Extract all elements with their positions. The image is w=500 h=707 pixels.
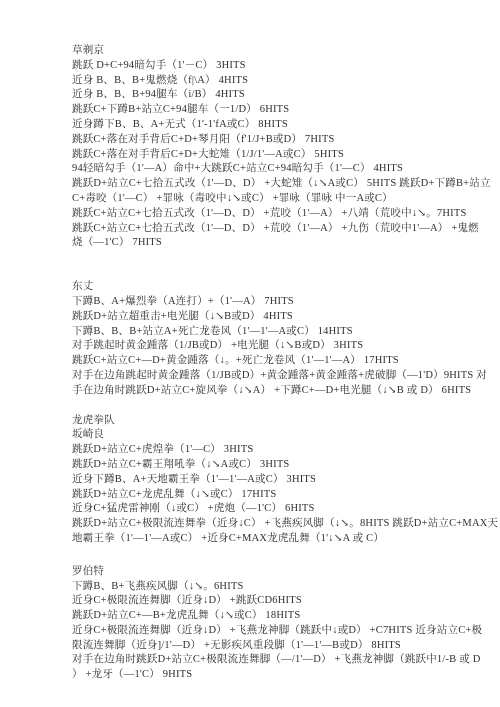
combo-line: C+毒咬（1'—C） +罪咏（毒咬中↓↘或C） +罪咏（罪咏 中一A或C）	[72, 192, 448, 207]
combo-line: 下蹲B、A+爆烈拳（A连打）+（1'—A） 7HITS	[72, 295, 448, 310]
combo-line: 跳跃C+落在对手背后C+D+大蛇雉（1/J/1'—A或C） 5HITS	[72, 148, 448, 163]
combo-line: ） +龙牙（—1'C） 9HITS	[72, 668, 448, 683]
team-header: 龙虎拳队	[72, 414, 448, 429]
combo-line: 近身C+极限流连舞脚（近身↓D） +飞燕龙神脚（跳跃中↓或D） +C7HITS …	[72, 624, 448, 639]
combo-line: 对手跳起时黄金踵落（1/JB或D） +电光腿（↓↘B或D） 3HITS	[72, 339, 448, 354]
combo-line: 对手在边角跳起时黄金踵落（1/JB或D）+黄金踵落+黄金踵落+虎破脚（—1'D）…	[72, 369, 448, 384]
combo-line: 94轻暗勾手（1'—A）命中+大跳跃C+站立C+94暗勾手（1'—C） 4HIT…	[72, 162, 448, 177]
section-joe-higashi: 东丈 下蹲B、A+爆烈拳（A连打）+（1'—A） 7HITS 跳跃D+站立超重击…	[72, 280, 448, 398]
section-header: 坂崎良	[72, 428, 448, 443]
combo-line: 跳跃D+站立C+—B+龙虎乱舞（↓↘或C） 18HITS	[72, 609, 448, 624]
section-header: 东丈	[72, 280, 448, 295]
combo-line: 跳跃D+站立C+七拾五式改（1'—D、D） +大蛇雉（↓↘A或C） 5HITS …	[72, 177, 448, 192]
combo-line: 跳跃 D+C+94暗勾手（1'－C） 3HITS	[72, 59, 448, 74]
combo-line: 下蹲B、B、B+站立A+死亡龙卷风（1'—1'—A或C） 14HITS	[72, 325, 448, 340]
combo-line: 近身下蹲B、A+天地霸王拳（1'—1'—A或C） 3HITS	[72, 473, 448, 488]
section-art-of-fighting-team-ryo: 龙虎拳队 坂崎良 跳跃D+站立C+虎煌拳（1'—C） 3HITS 跳跃D+站立C…	[72, 414, 448, 547]
combo-line: 跳跃C+站立C+—D+黄金踵落（↓。+死亡龙卷风（1'—1'—A） 17HITS	[72, 354, 448, 369]
combo-line: 对手在边角时跳跃D+站立C+极限流连舞脚（—/1'—D） +飞燕龙神脚（跳跃中1…	[72, 653, 448, 668]
combo-line: 近身 B、B、B+94腿车（i/B） 4HITS	[72, 88, 448, 103]
combo-line: 跳跃D+站立C+极限流连舞拳（近身↓C） +飞燕疾风脚（↓↘。8HITS 跳跃D…	[72, 517, 448, 532]
combo-line: 跳跃D+站立C+霸王翔吼拳（↓↘A或C） 3HITS	[72, 458, 448, 473]
combo-line: 跳跃D+站立C+虎煌拳（1'—C） 3HITS	[72, 443, 448, 458]
combo-line: 近身 B、B、B+鬼燃烧（f|\A） 4HITS	[72, 74, 448, 89]
section-robert: 罗伯特 下蹲B、B+飞燕疾风脚（↓↘。6HITS 近身C+极限流连舞脚（近身↓D…	[72, 565, 448, 683]
combo-line: 限流连舞脚（近身]/1'—D） +无影疾风重段脚（1'—1'—B或D） 8HIT…	[72, 639, 448, 654]
combo-line: 烧（—1'C） 7HITS	[72, 236, 448, 251]
combo-line: 近身C+极限流连舞脚（近身↓D） +跳跃CD6HITS	[72, 594, 448, 609]
section-header: 罗伯特	[72, 565, 448, 580]
combo-line: 手在边角时跳跃D+站立C+旋风拳（↓↘A） +下蹲C+—D+电光腿（↓↘B 或 …	[72, 384, 448, 399]
combo-line: 下蹲B、B+飞燕疾风脚（↓↘。6HITS	[72, 580, 448, 595]
combo-line: 近身C+猛虎雷神刚（↓或C） +虎炮（—1'C） 6HITS	[72, 502, 448, 517]
combo-line: 跳跃D+站立超重击+电光腿（↓↘B或D） 4HITS	[72, 310, 448, 325]
combo-line: 跳跃C+下蹲B+站立C+94腿车（一1/D） 6HITS	[72, 103, 448, 118]
section-kusanagi-kyo: 草剃京 跳跃 D+C+94暗勾手（1'－C） 3HITS 近身 B、B、B+鬼燃…	[72, 44, 448, 251]
section-header: 草剃京	[72, 44, 448, 59]
combo-line: 跳跃C+站立C+七拾五式改（1'—D、D） +荒咬（1'—A） +九伤（荒咬中1…	[72, 222, 448, 237]
combo-line: 跳跃C+落在对手背后C+D+琴月阳（f'1/J+B或D） 7HITS	[72, 133, 448, 148]
combo-line: 跳跃D+站立C+龙虎乱舞（↓↘或C） 17HITS	[72, 488, 448, 503]
combo-guide-page: 草剃京 跳跃 D+C+94暗勾手（1'－C） 3HITS 近身 B、B、B+鬼燃…	[0, 0, 500, 707]
combo-line: 近身蹲下B、B、A+无式（1'-1'fA或C） 8HITS	[72, 118, 448, 133]
combo-line: 地霸王拳（1'—1'—A或C） +近身C+MAX龙虎乱舞（1'↓↘A 或 C）	[72, 532, 448, 547]
combo-line: 跳跃C+站立C+七拾五式改（1'—D、D） +荒咬（1'—A） +八靖（荒咬中↓…	[72, 207, 448, 222]
